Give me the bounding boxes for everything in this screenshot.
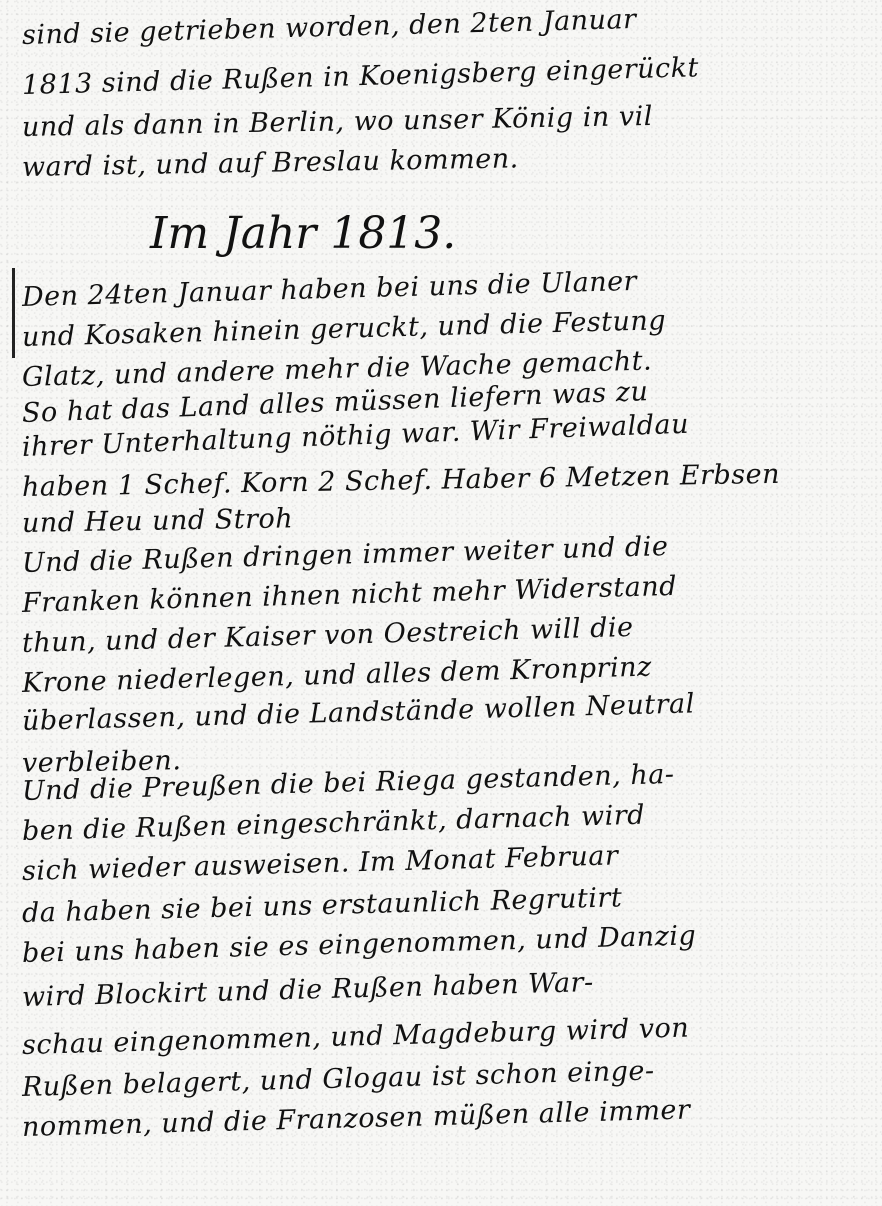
text-line: thun, und der Kaiser von Oestreich will … xyxy=(22,612,634,659)
text-line: da haben sie bei uns erstaunlich Regruti… xyxy=(22,882,623,929)
text-line: Den 24ten Januar haben bei uns die Ulane… xyxy=(22,266,638,313)
text-line: und Kosaken hinein geruckt, und die Fest… xyxy=(22,305,667,353)
margin-mark xyxy=(12,268,15,358)
text-line: sind sie getrieben worden, den 2ten Janu… xyxy=(22,4,637,51)
text-line: und als dann in Berlin, wo unser König i… xyxy=(22,101,653,143)
text-line: haben 1 Schef. Korn 2 Schef. Haber 6 Met… xyxy=(22,459,781,503)
text-line: Rußen belagert, und Glogau ist schon ein… xyxy=(22,1055,655,1103)
manuscript-page: sind sie getrieben worden, den 2ten Janu… xyxy=(0,0,882,1206)
text-line: schau eingenommen, und Magdeburg wird vo… xyxy=(22,1013,690,1061)
text-line: bei uns haben sie es eingenommen, und Da… xyxy=(22,920,697,969)
text-line: nommen, und die Franzosen müßen alle imm… xyxy=(22,1095,691,1143)
text-line: und Heu und Stroh xyxy=(22,503,294,539)
text-line: wird Blockirt und die Rußen haben War- xyxy=(22,967,594,1013)
text-line: Und die Rußen dringen immer weiter und d… xyxy=(22,531,669,579)
text-line: ben die Rußen eingeschränkt, darnach wir… xyxy=(22,800,646,847)
section-heading: Im Jahr 1813. xyxy=(150,208,456,259)
text-line: 1813 sind die Rußen in Koenigsberg einge… xyxy=(22,52,700,101)
text-line: Franken können ihnen nicht mehr Widersta… xyxy=(22,571,678,619)
text-line: sich wieder ausweisen. Im Monat Februar xyxy=(22,840,619,887)
text-line: ward ist, und auf Breslau kommen. xyxy=(22,143,519,183)
